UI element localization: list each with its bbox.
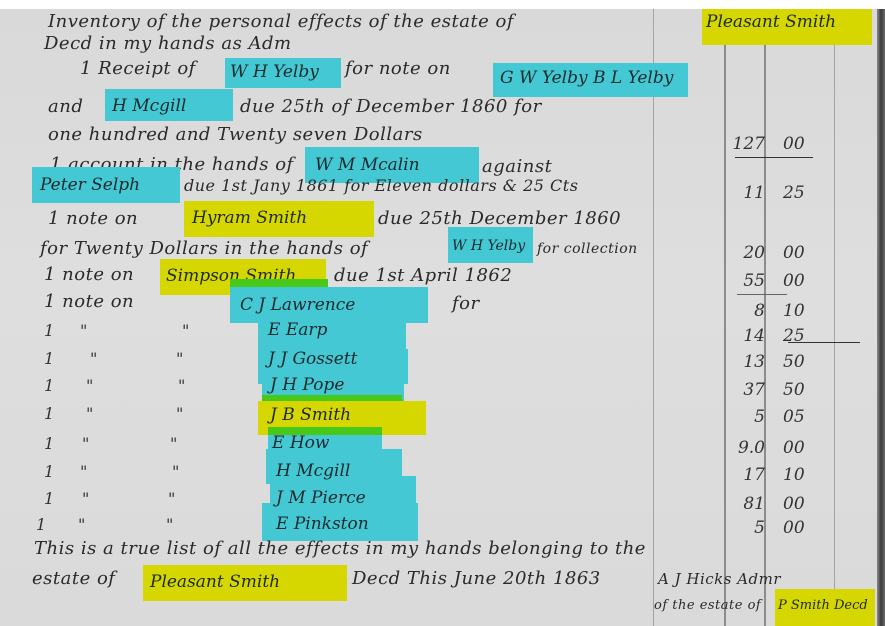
party-name: G W Yelby B L Yelby: [500, 65, 673, 91]
ditto-mark: ": [168, 488, 175, 510]
underline-rule: [737, 294, 787, 295]
line-decd-admin: Decd in my hands as Adm: [44, 31, 292, 57]
ditto-mark: ": [166, 514, 173, 536]
amount-dollars: 55: [695, 270, 765, 292]
ditto-count: 1: [44, 461, 54, 483]
amount-cents: 00: [783, 242, 823, 264]
amount-dollars: 11: [695, 182, 765, 204]
ditto-count: 1: [44, 348, 54, 370]
ditto-mark: ": [170, 433, 177, 455]
party-name: W H Yelby: [452, 233, 525, 259]
amount-cents: 50: [783, 379, 823, 401]
entry-text: and: [48, 94, 83, 120]
ditto-mark: ": [90, 348, 97, 370]
amount-cents: 00: [783, 437, 823, 459]
column-rule: [834, 9, 835, 626]
ditto-count: 1: [36, 514, 46, 536]
ditto-mark: ": [172, 461, 179, 483]
ditto-count: 1: [44, 375, 54, 397]
amount-cents: 05: [783, 406, 823, 428]
party-name: Peter Selph: [40, 172, 140, 198]
ditto-mark: ": [82, 433, 89, 455]
entry-text: one hundred and Twenty seven Dollars: [48, 122, 423, 148]
amount-dollars: 127: [695, 133, 765, 155]
signature-decedent-name: P Smith Decd: [778, 593, 868, 619]
amount-dollars: 20: [695, 242, 765, 264]
administrator-signature: A J Hicks Admr: [658, 566, 781, 592]
ditto-mark: ": [80, 461, 87, 483]
closing-text: estate of: [32, 566, 115, 592]
amount-dollars: 81: [695, 493, 765, 515]
underline-rule: [735, 157, 813, 158]
decedent-name: Pleasant Smith: [706, 9, 836, 35]
closing-decedent-name: Pleasant Smith: [150, 569, 280, 595]
closing-statement: This is a true list of all the effects i…: [34, 536, 646, 562]
entry-text: for note on: [345, 56, 451, 82]
party-name: Hyram Smith: [192, 205, 307, 231]
ditto-mark: ": [176, 348, 183, 370]
amount-cents: 10: [783, 464, 823, 486]
entry-text: 1 note on: [44, 289, 134, 315]
entry-text: for collection: [537, 236, 638, 262]
entry-text: due 1st April 1862: [334, 263, 512, 289]
amount-cents: 10: [783, 300, 823, 322]
party-name: E Earp: [268, 317, 327, 343]
signature-line2: of the estate of: [654, 593, 761, 619]
underline-rule: [788, 342, 860, 343]
closing-date: Decd This June 20th 1863: [352, 566, 601, 592]
ledger-page: Inventory of the personal effects of the…: [0, 9, 885, 626]
amount-dollars: 17: [695, 464, 765, 486]
amount-dollars: 13: [695, 351, 765, 373]
ditto-mark: ": [178, 375, 185, 397]
column-rule: [653, 9, 654, 626]
amount-dollars: 8: [695, 300, 765, 322]
party-name: E Pinkston: [276, 511, 369, 537]
party-name: J B Smith: [270, 402, 351, 428]
party-name: H Mcgill: [276, 458, 350, 484]
entry-text: for: [452, 291, 480, 317]
amount-cents: 25: [783, 325, 823, 347]
ditto-count: 1: [44, 433, 54, 455]
entry-text: 1 note on: [48, 206, 138, 232]
ditto-mark: ": [86, 403, 93, 425]
ditto-count: 1: [44, 488, 54, 510]
amount-cents: 25: [783, 182, 823, 204]
party-name: J H Pope: [270, 372, 344, 398]
ditto-count: 1: [44, 320, 54, 342]
amount-dollars: 5: [695, 517, 765, 539]
amount-dollars: 14: [695, 325, 765, 347]
ditto-mark: ": [82, 488, 89, 510]
ditto-mark: ": [78, 514, 85, 536]
amount-dollars: 9.0: [695, 437, 765, 459]
ditto-mark: ": [80, 320, 87, 342]
party-name: W H Yelby: [230, 59, 319, 85]
amount-cents: 00: [783, 133, 823, 155]
entry-text: due 1st Jany 1861 for Eleven dollars & 2…: [184, 173, 578, 199]
amount-cents: 00: [783, 270, 823, 292]
ditto-mark: ": [176, 403, 183, 425]
party-name: E How: [272, 430, 329, 456]
ditto-mark: ": [182, 320, 189, 342]
party-name: C J Lawrence: [240, 292, 355, 318]
party-name: H Mcgill: [112, 93, 186, 119]
entry-text: due 25th of December 1860 for: [240, 94, 542, 120]
amount-cents: 00: [783, 517, 823, 539]
entry-text: 1 note on: [44, 262, 134, 288]
ditto-count: 1: [44, 403, 54, 425]
party-name: J M Pierce: [276, 485, 366, 511]
amount-cents: 00: [783, 493, 823, 515]
amount-dollars: 5: [695, 406, 765, 428]
amount-dollars: 37: [695, 379, 765, 401]
ditto-mark: ": [86, 375, 93, 397]
page-binding-edge: [877, 9, 885, 626]
party-name: J J Gossett: [268, 346, 357, 372]
entry-text: 1 Receipt of: [80, 56, 196, 82]
amount-cents: 50: [783, 351, 823, 373]
